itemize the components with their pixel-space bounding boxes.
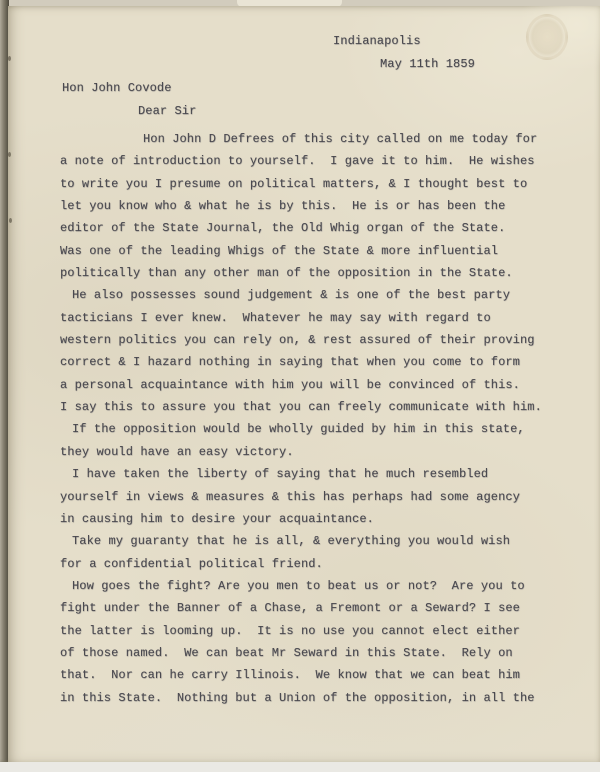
letter-line: the latter is looming up. It is no use y… [60,620,600,642]
letter-line: for a confidential political friend. [60,553,600,575]
letter-line: I have taken the liberty of saying that … [60,463,600,485]
letter-line: editor of the State Journal, the Old Whi… [60,217,600,239]
salutation: Dear Sir [138,104,196,118]
letter-line: they would have an easy victory. [60,441,600,463]
background-bottom-strip [0,762,600,772]
letter-line: Hon John D Defrees of this city called o… [60,128,600,150]
paper-edge-nick [9,218,12,223]
letter-line: let you know who & what he is by this. H… [60,195,600,217]
letter-line: that. Nor can he carry Illinois. We know… [60,664,600,686]
letter-line: to write you I presume on political matt… [60,173,600,195]
dateline-date: May 11th 1859 [380,57,475,71]
letter-line: politically than any other man of the op… [60,262,600,284]
letter-line: Take my guaranty that he is all, & every… [60,530,600,552]
paper-edge-nick [8,152,11,157]
letter-page: Indianapolis May 11th 1859 Hon John Covo… [8,6,600,762]
paper-stain [526,14,568,60]
letter-line: a note of introduction to yourself. I ga… [60,150,600,172]
letter-line: in this State. Nothing but a Union of th… [60,687,600,709]
scanned-letter-photo: Indianapolis May 11th 1859 Hon John Covo… [0,0,600,772]
letter-line: tacticians I ever knew. Whatever he may … [60,307,600,329]
letter-line: western politics you can rely on, & rest… [60,329,600,351]
letter-line: in causing him to desire your acquaintan… [60,508,600,530]
letter-line: If the opposition would be wholly guided… [60,418,600,440]
letter-line: of those named. We can beat Mr Seward in… [60,642,600,664]
letter-line: a personal acquaintance with him you wil… [60,374,600,396]
paper-edge-nick [8,56,11,61]
letter-line: yourself in views & measures & this has … [60,486,600,508]
letter-line: How goes the fight? Are you men to beat … [60,575,600,597]
letter-line: He also possesses sound judgement & is o… [60,284,600,306]
letter-line: fight under the Banner of a Chase, a Fre… [60,597,600,619]
addressee: Hon John Covode [62,81,172,95]
letter-line: I say this to assure you that you can fr… [60,396,600,418]
dateline-place: Indianapolis [333,34,421,48]
letter-line: correct & I hazard nothing in saying tha… [60,351,600,373]
letter-body: Hon John D Defrees of this city called o… [60,128,600,709]
letter-line: Was one of the leading Whigs of the Stat… [60,240,600,262]
